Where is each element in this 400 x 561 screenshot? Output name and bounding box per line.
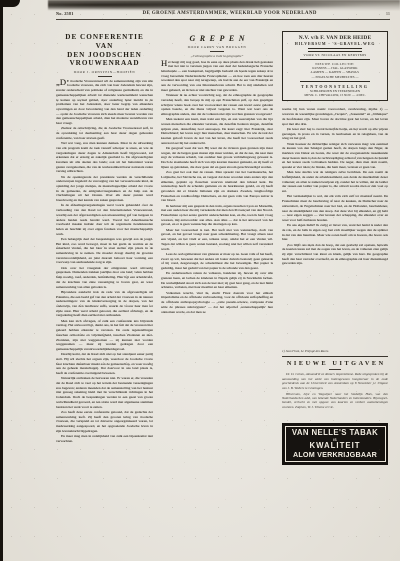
article-paragraph: Bijzondere aandacht trok de rede van de … bbox=[56, 290, 153, 318]
article-body-continuation: noeme bij hun waren naam: vooroordeel, o… bbox=[282, 107, 388, 347]
article-paragraph: Men kan zich afvragen, of zulk een confe… bbox=[56, 319, 153, 352]
ad-vannelle-frame: VAN NELLE'S TABAK IS KWALITEIT ALOM VERK… bbox=[285, 426, 386, 462]
column-right: N.V. v/h F. VAN DER HEIDE HILVERSUM - 'S… bbox=[282, 31, 388, 471]
article-body-middle: Het heugt mij nog goed, hoe ik eens op d… bbox=[161, 60, 273, 464]
scan-corner-artifact bbox=[0, 0, 20, 7]
article-byline-middle: DOOR CARRY VAN BRUGGEN bbox=[161, 45, 273, 49]
ad-company-name: N.V. v/h F. VAN DER HEIDE bbox=[286, 35, 384, 41]
article-paragraph: Ook over het vraagstuk der emigranten we… bbox=[56, 266, 153, 290]
new-releases-notices: Dr. D. Cohen, Alexandrië en Rome's imper… bbox=[282, 372, 388, 418]
column-middle: GREPEN DOOR CARRY VAN BRUGGEN „L'ethnogr… bbox=[161, 31, 273, 471]
article-paragraph: De lezer ziet: het is overal hetzelfde l… bbox=[282, 127, 388, 141]
article-paragraph: „DE Joodsche Vrouwenraad wil de samenwer… bbox=[56, 79, 153, 126]
article-paragraph: Want hoezeer de dichterlijke reiziger zi… bbox=[282, 142, 388, 170]
masthead: No. 2581 DE GROENE AMSTERDAMMER, WEEKBLA… bbox=[56, 11, 390, 20]
article-paragraph: Zoo heeft deze eerste conferentie getoon… bbox=[56, 410, 153, 434]
dropcap: „D bbox=[56, 79, 66, 86]
article-paragraph: Volkomen terecht, vind ik, eischt Finot … bbox=[161, 291, 273, 315]
book-notice: Hilversum, Lijst en Wegwijzer naar het S… bbox=[282, 392, 388, 410]
ad-divider bbox=[308, 48, 362, 52]
article-paragraph: Daarbij komt, dat de Raad zich niet op h… bbox=[56, 352, 153, 376]
article-paragraph: In de afdeelingsvergaderingen werd voort… bbox=[56, 203, 153, 236]
article-paragraph: De geograaf weet dat wel. Hij weet dat d… bbox=[161, 146, 273, 170]
article-paragraph: Men leze slechts wat de reizigers zelve … bbox=[282, 170, 388, 194]
page-number: 11 bbox=[386, 11, 390, 16]
issue-number: No. 2581 bbox=[56, 11, 74, 16]
scan-smudge-artifact bbox=[48, 0, 400, 11]
article-title-middle: GREPEN bbox=[161, 34, 273, 43]
dropcap: H bbox=[161, 60, 167, 67]
ad-vannelle: VAN NELLE'S TABAK IS KWALITEIT ALOM VERK… bbox=[282, 423, 388, 464]
article-paragraph: Na de openingsrede der presidente werden… bbox=[56, 175, 153, 203]
ad-exhibition-line: MEVR. C. CHEVALLIER, 15 NOV. — 4 DEC. bbox=[286, 93, 384, 97]
article-paragraph: Wel wat vaag, zou men kunnen denken. Maa… bbox=[56, 141, 153, 174]
ad-vannelle-line: ALOM VERKRIJGBAAR bbox=[287, 451, 384, 459]
section-rule bbox=[282, 356, 388, 357]
article-paragraph: Het vermakelijkst is wel, dat elk volk z… bbox=[282, 194, 388, 222]
byline-rule bbox=[210, 51, 224, 52]
article-paragraph: Het heugt mij nog goed, hoe ik eens op d… bbox=[161, 60, 273, 93]
footnote: 1) Jean Finot, Le Préjugé des Races. bbox=[282, 349, 388, 353]
paragraph-text: et heugt mij nog goed, hoe ik eens op de… bbox=[161, 60, 273, 92]
masthead-title: DE GROENE AMSTERDAMMER, WEEKBLAD VOOR NE… bbox=[74, 11, 386, 16]
heading-rule bbox=[329, 369, 341, 370]
article-paragraph: Ziedaar de omschrijving, die de Joodsche… bbox=[56, 126, 153, 140]
article-paragraph: Wanneer ik nu echter voorzichtig zeg, da… bbox=[161, 93, 273, 117]
ad-item-line: — ENGELSCHE MEUBELTJES — bbox=[286, 75, 384, 80]
article-paragraph: Ik herinner mij een gesprek in den trein… bbox=[161, 204, 273, 228]
article-paragraph: Maar het vooroordeel is taai. Het leeft … bbox=[161, 228, 273, 252]
article-paragraph: Zoo gaat het ook met de rassen. Men spre… bbox=[161, 170, 273, 203]
scan-edge-strip bbox=[0, 0, 3, 561]
column-left: DE CONFERENTIE VAN DEN JOODSCHEN VROUWEN… bbox=[56, 31, 153, 471]
article-paragraph: Men teekent een kaart, men trekt een lij… bbox=[161, 117, 273, 145]
ad-divider bbox=[300, 81, 371, 82]
new-releases-heading: NIEUWE UITGAVEN bbox=[282, 360, 388, 367]
article-paragraph: Natuurlijk ontbraken de bezwaren niet. E… bbox=[56, 376, 153, 409]
article-columns: DE CONFERENTIE VAN DEN JOODSCHEN VROUWEN… bbox=[56, 31, 388, 471]
article-paragraph: Een belangrijk deel der besprekingen was… bbox=[56, 237, 153, 265]
article-paragraph: En meer mag men in redelijkheid van zulk… bbox=[56, 434, 153, 443]
book-notice: Dr. D. Cohen, Alexandrië en Rome's imper… bbox=[282, 372, 388, 390]
paragraph-text: E Joodsche Vrouwenraad wil de samenwerki… bbox=[56, 79, 153, 125]
article-paragraph: noeme bij hun waren naam: vooroordeel, o… bbox=[282, 107, 388, 126]
article-paragraph: Zoo blijft ons niets dan de hoop, dat ee… bbox=[282, 243, 388, 267]
byline-rule bbox=[98, 76, 112, 77]
title-line: DEN JOODSCHEN bbox=[56, 51, 153, 60]
epigraph: „L'ethnographie a trahi la géographie” bbox=[161, 54, 273, 58]
ad-location: HILVERSUM - 'S-GRAVEL.WEG bbox=[286, 42, 384, 46]
ad-divider bbox=[300, 59, 371, 60]
ad-vanderheide: N.V. v/h F. VAN DER HEIDE HILVERSUM - 'S… bbox=[282, 31, 388, 101]
ad-vannelle-line: VAN NELLE'S TABAK bbox=[287, 429, 384, 438]
title-line: VROUWENRAAD bbox=[56, 59, 153, 68]
article-paragraph: Lees de oorlogsliteratuur van gisteren e… bbox=[161, 252, 273, 271]
article-paragraph: En ons eigen Indië? Ik zwijg er liever v… bbox=[282, 223, 388, 242]
article-byline-left: DOOR J. ORNSTEIN—HOOFIËN bbox=[56, 70, 153, 74]
article-paragraph: En ondertusschen reizen de volkeren, han… bbox=[161, 271, 273, 290]
ad-occasion: VOOR ST. NICOLAAS EN KERSTMIS bbox=[286, 53, 384, 57]
newspaper-page: No. 2581 DE GROENE AMSTERDAMMER, WEEKBLA… bbox=[0, 0, 400, 561]
title-line: DE CONFERENTIE VAN bbox=[56, 33, 153, 51]
article-body-left: „DE Joodsche Vrouwenraad wil de samenwer… bbox=[56, 79, 153, 471]
article-title-left: DE CONFERENTIE VAN DEN JOODSCHEN VROUWEN… bbox=[56, 33, 153, 68]
